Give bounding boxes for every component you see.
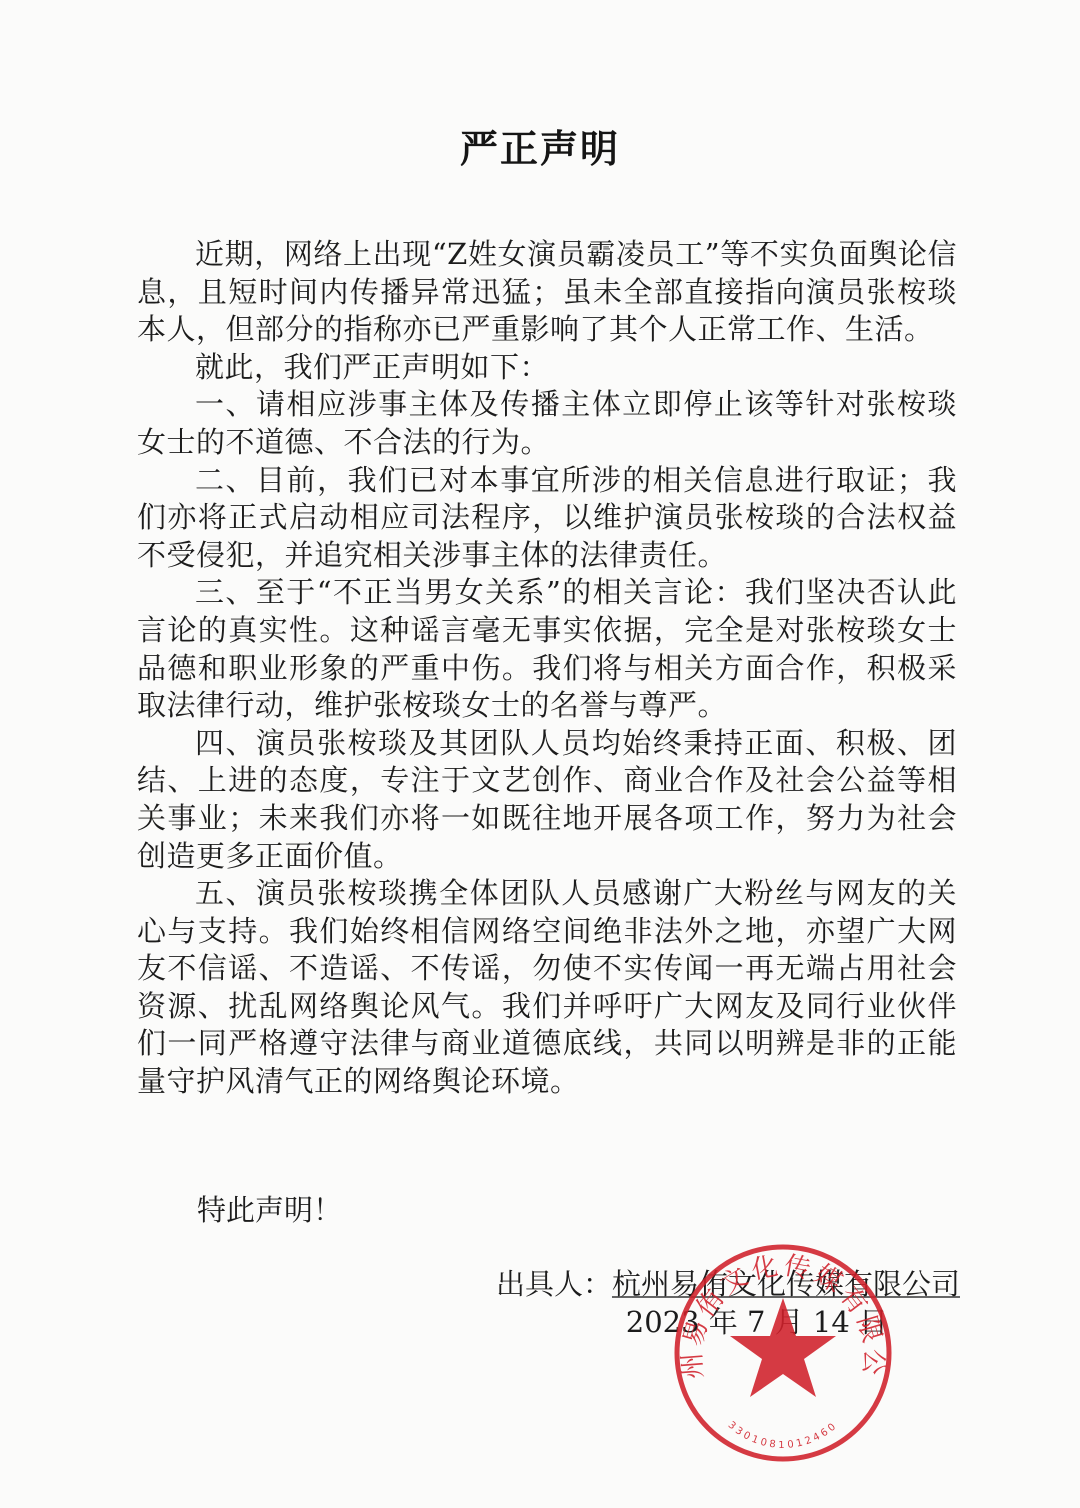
paragraph-point-2: 二、目前，我们已对本事宜所涉的相关信息进行取证；我们亦将正式启动相应司法程序，以…	[137, 462, 957, 575]
issuer-label: 出具人：	[496, 1267, 612, 1301]
paragraph-point-1: 一、请相应涉事主体及传播主体立即停止该等针对张桉琰女士的不道德、不合法的行为。	[137, 386, 957, 461]
seal-number: 3301081012460	[726, 1420, 841, 1451]
paragraph-point-4: 四、演员张桉琰及其团队人员均始终秉持正面、积极、团结、上进的态度，专注于文艺创作…	[137, 725, 957, 875]
star-icon	[730, 1298, 836, 1397]
paragraph-point-5: 五、演员张桉琰携全体团队人员感谢广大粉丝与网友的关心与支持。我们始终相信网络空间…	[137, 875, 957, 1101]
document-body: 近期，网络上出现“Z姓女演员霸凌员工”等不实负面舆论信息，且短时间内传播异常迅猛…	[137, 236, 957, 1101]
statement-page: 严正声明 近期，网络上出现“Z姓女演员霸凌员工”等不实负面舆论信息，且短时间内传…	[0, 0, 1080, 1508]
paragraph-intro: 近期，网络上出现“Z姓女演员霸凌员工”等不实负面舆论信息，且短时间内传播异常迅猛…	[137, 236, 957, 349]
document-title: 严正声明	[0, 118, 1080, 173]
paragraph-declaration: 就此，我们严正声明如下：	[137, 349, 957, 387]
closing-statement: 特此声明！	[197, 1188, 342, 1229]
company-seal: 杭州易侑文化传媒有限公司 3301081012460	[670, 1240, 896, 1466]
svg-text:3301081012460: 3301081012460	[726, 1420, 841, 1451]
paragraph-point-3: 三、至于“不正当男女关系”的相关言论：我们坚决否认此言论的真实性。这种谣言毫无事…	[137, 574, 957, 724]
